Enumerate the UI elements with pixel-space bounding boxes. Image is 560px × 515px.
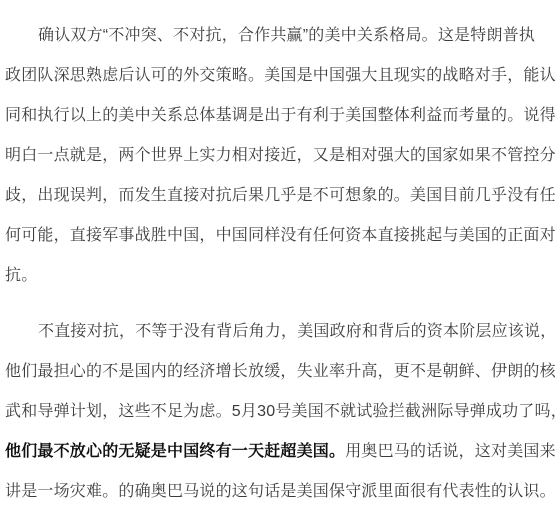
text-segment: 用奥巴马的话说，这对美国来 (345, 443, 556, 460)
article-body: 确认双方“不冲突、不对抗，合作共赢”的美中关系格局。这是特朗普执 政团队深思熟虑… (0, 0, 560, 512)
text-line: 歧，出现误判，而发生直接对抗后果几乎是不可想象的。美国目前几乎没有任 (5, 176, 556, 216)
text-line: 武和导弹计划，这些不足为虑。5月30号美国不就试验拦截洲际导弹成功了吗， (5, 392, 556, 432)
text-line: 他们最担心的不是国内的经济增长放缓，失业率升高，更不是朝鲜、伊朗的核 (5, 352, 556, 392)
text-line: 同和执行以上的美中关系总体基调是出于有利于美国整体利益而考量的。说得 (5, 96, 556, 136)
text-line-with-emphasis: 他们最不放心的无疑是中国终有一天赶超美国。用奥巴马的话说，这对美国来 (5, 432, 556, 472)
text-line: 明白一点就是，两个世界上实力相对接近，又是相对强大的国家如果不管控分 (5, 136, 556, 176)
bold-emphasis-text: 他们最不放心的无疑是中国终有一天赶超美国。 (5, 443, 345, 460)
text-line: 不直接对抗，不等于没有背后角力，美国政府和背后的资本阶层应该说， (5, 312, 556, 352)
text-line: 确认双方“不冲突、不对抗，合作共赢”的美中关系格局。这是特朗普执 (5, 16, 556, 56)
paragraph-1: 确认双方“不冲突、不对抗，合作共赢”的美中关系格局。这是特朗普执 政团队深思熟虑… (5, 16, 556, 296)
paragraph-2: 不直接对抗，不等于没有背后角力，美国政府和背后的资本阶层应该说， 他们最担心的不… (5, 312, 556, 512)
text-line: 讲是一场灾难。的确奥巴马说的这句话是美国保守派里面很有代表性的认识。 (5, 472, 556, 512)
text-line: 何可能，直接军事战胜中国，中国同样没有任何资本直接挑起与美国的正面对 (5, 216, 556, 256)
text-line: 政团队深思熟虑后认可的外交策略。美国是中国强大且现实的战略对手，能认 (5, 56, 556, 96)
text-line: 抗。 (5, 256, 556, 296)
